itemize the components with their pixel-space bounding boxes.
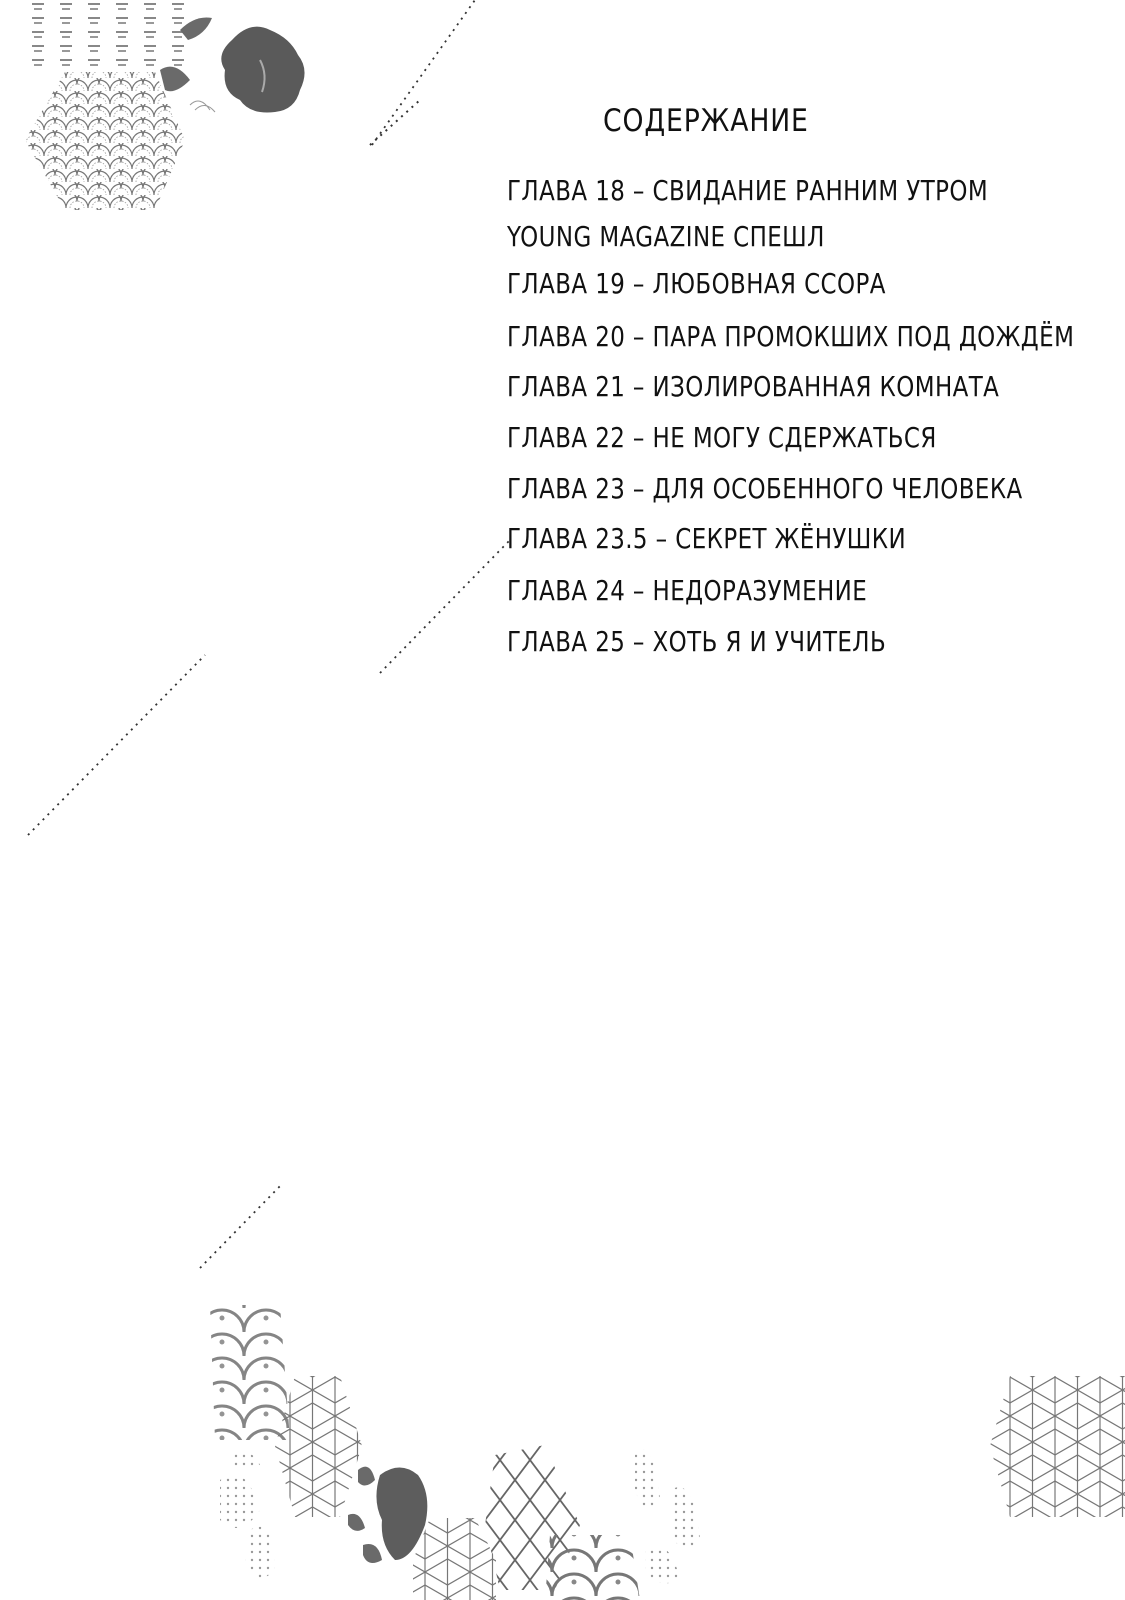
- toc-entry: ГЛАВА 23.5 – СЕКРЕТ ЖЁНУШКИ: [507, 522, 906, 555]
- toc-entry: ГЛАВА 19 – ЛЮБОВНАЯ ССОРА: [507, 267, 886, 300]
- seigaiha-wave-hexagon: [210, 1305, 290, 1440]
- toc-entry: ГЛАВА 20 – ПАРА ПРОМОКШИХ ПОД ДОЖДЁМ: [507, 320, 1074, 353]
- seigaiha-wave-hexagon: [545, 1535, 640, 1600]
- contents-title: СОДЕРЖАНИЕ: [603, 103, 809, 139]
- toc-entry: ГЛАВА 23 – ДЛЯ ОСОБЕННОГО ЧЕЛОВЕКА: [507, 472, 1023, 505]
- toc-entry: ГЛАВА 21 – ИЗОЛИРОВАННАЯ КОМНАТА: [507, 370, 999, 403]
- patterned-leaves: [220, 1452, 275, 1578]
- manga-contents-page: СОДЕРЖАНИЕ ГЛАВА 18 – СВИДАНИЕ РАННИМ УТ…: [0, 0, 1125, 1600]
- bottom-ornament: [200, 1260, 1125, 1600]
- toc-entry: YOUNG MAGAZINE СПЕШЛ: [507, 220, 825, 253]
- toc-entry: ГЛАВА 25 – ХОТЬ Я И УЧИТЕЛЬ: [507, 625, 886, 658]
- dotted-diagonal-line: [28, 0, 510, 1268]
- flower-ornament: [348, 1467, 427, 1563]
- toc-entry: ГЛАВА 18 – СВИДАНИЕ РАННИМ УТРОМ: [507, 174, 988, 207]
- toc-entry: ГЛАВА 24 – НЕДОРАЗУМЕНИЕ: [507, 574, 867, 607]
- toc-entry: ГЛАВА 22 – НЕ МОГУ СДЕРЖАТЬСЯ: [507, 421, 937, 454]
- patterned-leaves: [635, 1449, 700, 1584]
